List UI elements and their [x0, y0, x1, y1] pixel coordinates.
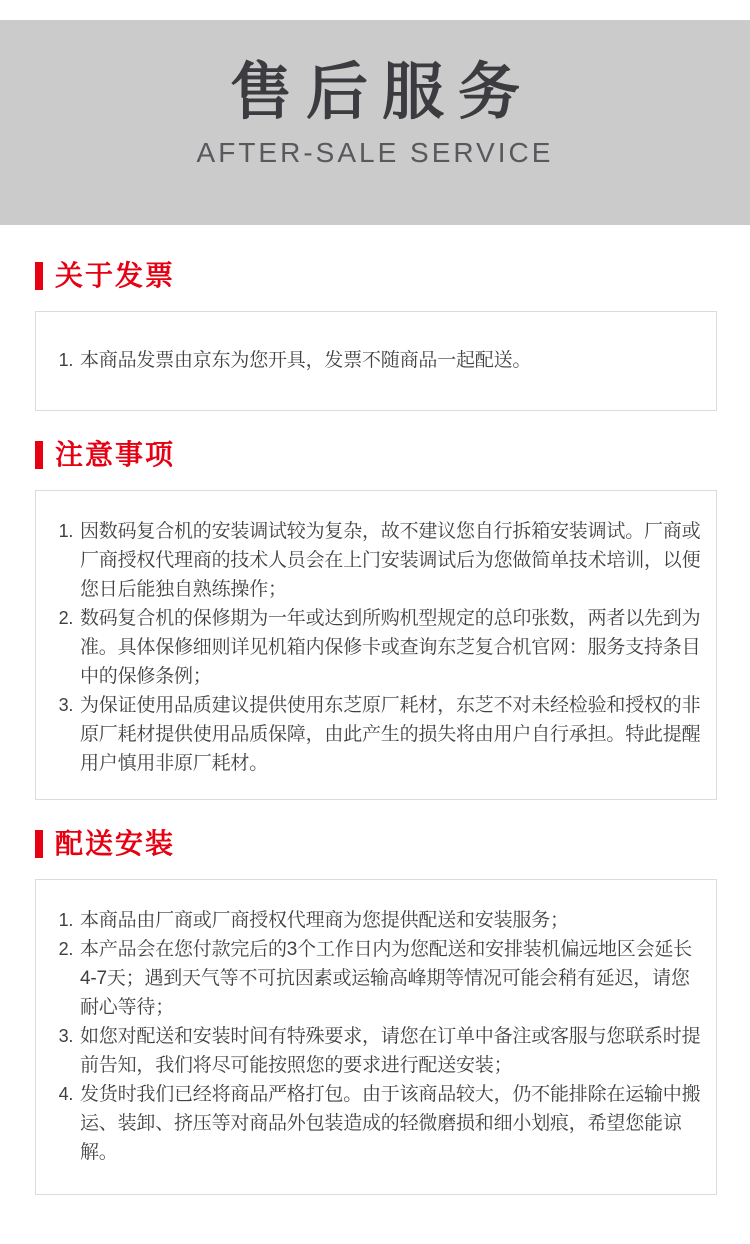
- section-title-delivery: 配送安装: [55, 830, 175, 858]
- list-item: 因数码复合机的安装调试较为复杂，故不建议您自行拆箱安装调试。厂商或厂商授权代理商…: [78, 517, 706, 604]
- invoice-item-list: 本商品发票由京东为您开具，发票不随商品一起配送。: [50, 346, 706, 375]
- delivery-item-list: 本商品由厂商或厂商授权代理商为您提供配送和安装服务；本产品会在您付款完后的3个工…: [50, 906, 706, 1167]
- delivery-info-box: 本商品由厂商或厂商授权代理商为您提供配送和安装服务；本产品会在您付款完后的3个工…: [35, 879, 717, 1195]
- page-title: 售后服务: [0, 20, 750, 126]
- section-title-row: 关于发票: [35, 262, 717, 290]
- red-accent-bar: [35, 441, 43, 469]
- list-item: 本产品会在您付款完后的3个工作日内为您配送和安排装机偏远地区会延长4-7天；遇到…: [78, 935, 706, 1022]
- section-title-invoice: 关于发票: [55, 262, 175, 290]
- red-accent-bar: [35, 262, 43, 290]
- section-title-row: 配送安装: [35, 830, 717, 858]
- after-sale-service-page: 售后服务 AFTER-SALE SERVICE 关于发票 本商品发票由京东为您开…: [0, 0, 750, 1244]
- list-item: 为保证使用品质建议提供使用东芝原厂耗材，东芝不对未经检验和授权的非原厂耗材提供使…: [78, 691, 706, 778]
- section-title-notes: 注意事项: [55, 441, 175, 469]
- content-area: 关于发票 本商品发票由京东为您开具，发票不随商品一起配送。 注意事项 因数码复合…: [0, 262, 750, 1195]
- section-notes: 注意事项 因数码复合机的安装调试较为复杂，故不建议您自行拆箱安装调试。厂商或厂商…: [35, 441, 717, 800]
- list-item: 本商品发票由京东为您开具，发票不随商品一起配送。: [78, 346, 706, 375]
- list-item: 如您对配送和安装时间有特殊要求，请您在订单中备注或客服与您联系时提前告知，我们将…: [78, 1022, 706, 1080]
- page-subtitle: AFTER-SALE SERVICE: [0, 138, 750, 168]
- section-invoice: 关于发票 本商品发票由京东为您开具，发票不随商品一起配送。: [35, 262, 717, 411]
- section-title-row: 注意事项: [35, 441, 717, 469]
- invoice-info-box: 本商品发票由京东为您开具，发票不随商品一起配送。: [35, 311, 717, 411]
- list-item: 本商品由厂商或厂商授权代理商为您提供配送和安装服务；: [78, 906, 706, 935]
- notes-info-box: 因数码复合机的安装调试较为复杂，故不建议您自行拆箱安装调试。厂商或厂商授权代理商…: [35, 490, 717, 800]
- section-delivery: 配送安装 本商品由厂商或厂商授权代理商为您提供配送和安装服务；本产品会在您付款完…: [35, 830, 717, 1195]
- list-item: 发货时我们已经将商品严格打包。由于该商品较大，仍不能排除在运输中搬运、装卸、挤压…: [78, 1080, 706, 1167]
- red-accent-bar: [35, 830, 43, 858]
- notes-item-list: 因数码复合机的安装调试较为复杂，故不建议您自行拆箱安装调试。厂商或厂商授权代理商…: [50, 517, 706, 778]
- header-banner: 售后服务 AFTER-SALE SERVICE: [0, 20, 750, 225]
- list-item: 数码复合机的保修期为一年或达到所购机型规定的总印张数，两者以先到为准。具体保修细…: [78, 604, 706, 691]
